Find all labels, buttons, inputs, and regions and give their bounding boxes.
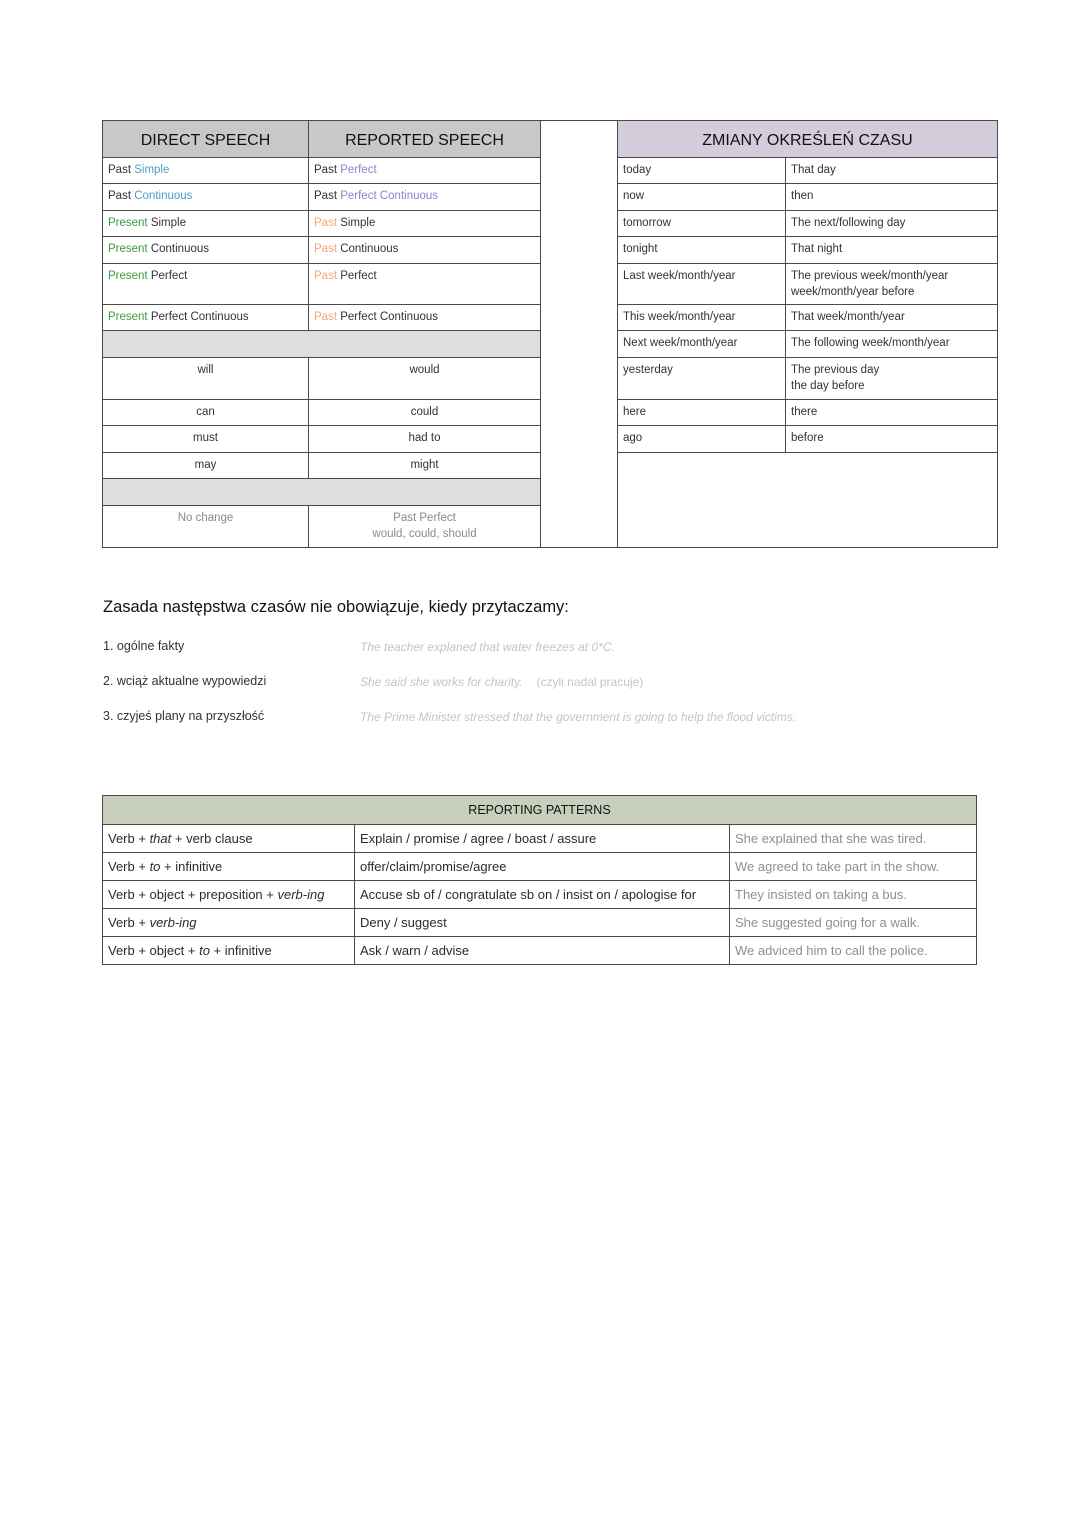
tense-word: Perfect: [337, 270, 377, 282]
table-gap: [541, 121, 618, 548]
colored-tense-word: Perfect: [340, 164, 376, 176]
time-to-cell: That day: [786, 158, 998, 184]
colored-tense-word: Present: [108, 243, 148, 255]
reported-tense-cell: Past Perfect: [309, 264, 541, 305]
time-from-cell: here: [618, 400, 786, 426]
pattern-row: Verb + verb-ingDeny / suggestShe suggest…: [103, 909, 977, 937]
time-from-cell: ago: [618, 426, 786, 453]
pattern-structure-cell: Verb + to + infinitive: [103, 853, 355, 881]
time-to-cell: then: [786, 184, 998, 211]
colored-tense-word: Past: [314, 311, 337, 323]
pattern-structure-cell: Verb + that + verb clause: [103, 825, 355, 853]
reporting-patterns-table: REPORTING PATTERNS Verb + that + verb cl…: [102, 795, 977, 965]
pattern-structure-cell: Verb + object + preposition + verb-ing: [103, 881, 355, 909]
colored-tense-word: Present: [108, 217, 148, 229]
reported-modal-cell: could: [309, 400, 541, 426]
reporting-patterns-header: REPORTING PATTERNS: [103, 796, 977, 825]
pattern-verbs-cell: offer/claim/promise/agree: [355, 853, 730, 881]
reported-tense-cell: Past Perfect Continuous: [309, 184, 541, 211]
time-from-cell: This week/month/year: [618, 305, 786, 331]
rule-exception-example: She said she works for charity.(czyli na…: [360, 675, 643, 689]
reported-modal-cell: would: [309, 358, 541, 400]
direct-modal-cell: may: [103, 453, 309, 479]
time-empty-cell: [618, 453, 998, 548]
time-from-cell: tonight: [618, 237, 786, 264]
tense-word: Perfect Continuous: [148, 311, 249, 323]
gray-separator: [103, 331, 541, 358]
time-to-cell: The previous daythe day before: [786, 358, 998, 400]
pattern-structure-cell: Verb + object + to + infinitive: [103, 937, 355, 965]
no-change-cell: No change: [103, 506, 309, 548]
pattern-example-cell: We adviced him to call the police.: [730, 937, 977, 965]
pattern-verbs-cell: Accuse sb of / congratulate sb on / insi…: [355, 881, 730, 909]
time-from-cell: Next week/month/year: [618, 331, 786, 358]
tense-word: Continuous: [337, 243, 398, 255]
pattern-verbs-cell: Ask / warn / advise: [355, 937, 730, 965]
tense-word: Perfect: [148, 270, 188, 282]
time-from-cell: now: [618, 184, 786, 211]
time-to-cell: That week/month/year: [786, 305, 998, 331]
direct-modal-cell: must: [103, 426, 309, 453]
rule-exception-label: 3. czyjeś plany na przyszłość: [103, 709, 264, 723]
colored-tense-word: Simple: [134, 164, 169, 176]
gray-separator: [103, 479, 541, 506]
colored-tense-word: Past: [314, 243, 337, 255]
time-to-cell: there: [786, 400, 998, 426]
speech-and-time-table: DIRECT SPEECH REPORTED SPEECH ZMIANY OKR…: [102, 120, 998, 548]
reported-tense-cell: Past Perfect Continuous: [309, 305, 541, 331]
pattern-example-cell: They insisted on taking a bus.: [730, 881, 977, 909]
colored-tense-word: Perfect Continuous: [340, 190, 438, 202]
reported-tense-cell: Past Simple: [309, 211, 541, 237]
reported-tense-cell: Past Continuous: [309, 237, 541, 264]
direct-tense-cell: Present Continuous: [103, 237, 309, 264]
rule-exception-example: The teacher explaned that water freezes …: [360, 640, 615, 654]
reported-tense-cell: Past Perfect: [309, 158, 541, 184]
rule-exception-note: (czyli nadal pracuje): [537, 675, 644, 689]
colored-tense-word: Past: [314, 217, 337, 229]
pattern-row: Verb + that + verb clauseExplain / promi…: [103, 825, 977, 853]
time-to-cell: before: [786, 426, 998, 453]
pattern-example-cell: We agreed to take part in the show.: [730, 853, 977, 881]
time-from-cell: Last week/month/year: [618, 264, 786, 305]
colored-tense-word: Present: [108, 311, 148, 323]
direct-modal-cell: can: [103, 400, 309, 426]
pattern-row: Verb + object + preposition + verb-ingAc…: [103, 881, 977, 909]
direct-tense-cell: Present Perfect Continuous: [103, 305, 309, 331]
pattern-example-cell: She suggested going for a walk.: [730, 909, 977, 937]
time-expressions-header: ZMIANY OKREŚLEŃ CZASU: [618, 121, 998, 158]
pattern-structure-cell: Verb + verb-ing: [103, 909, 355, 937]
time-from-cell: tomorrow: [618, 211, 786, 237]
tense-word: Simple: [148, 217, 186, 229]
tense-word: Continuous: [148, 243, 209, 255]
time-to-cell: The following week/month/year: [786, 331, 998, 358]
tense-word: Past: [108, 164, 134, 176]
reported-speech-header: REPORTED SPEECH: [309, 121, 541, 158]
sequence-of-tenses-rule-title: Zasada następstwa czasów nie obowiązuje,…: [103, 598, 569, 617]
direct-modal-cell: will: [103, 358, 309, 400]
pattern-row: Verb + to + infinitiveoffer/claim/promis…: [103, 853, 977, 881]
time-to-cell: That night: [786, 237, 998, 264]
colored-tense-word: Past: [314, 270, 337, 282]
tense-word: Past: [108, 190, 134, 202]
direct-tense-cell: Present Simple: [103, 211, 309, 237]
colored-tense-word: Present: [108, 270, 148, 282]
pattern-row: Verb + object + to + infinitiveAsk / war…: [103, 937, 977, 965]
time-from-cell: today: [618, 158, 786, 184]
direct-tense-cell: Past Simple: [103, 158, 309, 184]
time-to-cell: The previous week/month/yearweek/month/y…: [786, 264, 998, 305]
time-to-cell: The next/following day: [786, 211, 998, 237]
reported-modal-cell: had to: [309, 426, 541, 453]
rule-exception-label: 2. wciąż aktualne wypowiedzi: [103, 674, 266, 688]
rule-exception-label: 1. ogólne fakty: [103, 639, 184, 653]
pattern-verbs-cell: Deny / suggest: [355, 909, 730, 937]
tense-word: Past: [314, 164, 340, 176]
direct-tense-cell: Past Continuous: [103, 184, 309, 211]
reported-modal-cell: might: [309, 453, 541, 479]
past-perfect-modals-cell: Past Perfectwould, could, should: [309, 506, 541, 548]
pattern-example-cell: She explained that she was tired.: [730, 825, 977, 853]
direct-speech-header: DIRECT SPEECH: [103, 121, 309, 158]
colored-tense-word: Continuous: [134, 190, 192, 202]
rule-exception-example: The Prime Minister stressed that the gov…: [360, 710, 796, 724]
tense-word: Perfect Continuous: [337, 311, 438, 323]
direct-tense-cell: Present Perfect: [103, 264, 309, 305]
time-from-cell: yesterday: [618, 358, 786, 400]
tense-word: Simple: [337, 217, 375, 229]
pattern-verbs-cell: Explain / promise / agree / boast / assu…: [355, 825, 730, 853]
tense-word: Past: [314, 190, 340, 202]
